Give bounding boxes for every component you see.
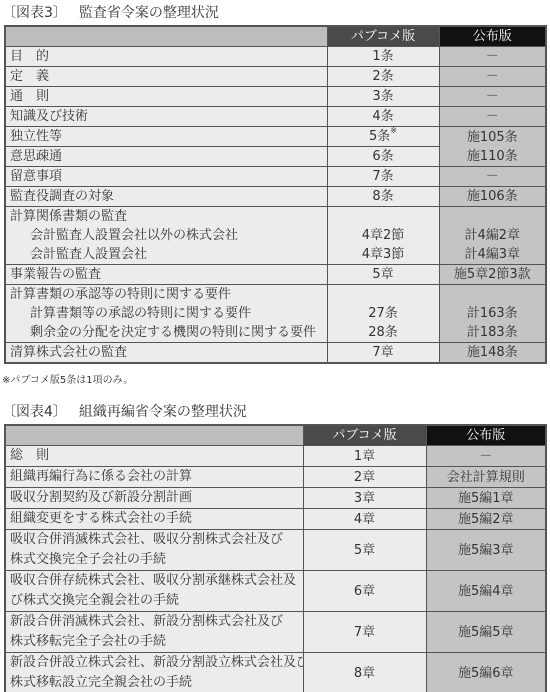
figure4-table: パブコメ版 公布版 総 則 1章 － 組織再編行為に係る会社の計算 2章 会社計… [4,424,547,692]
table-row: 新設合併消滅株式会社、新設分割株式会社及び 株式移転完全子会社の手続 7章 施5… [5,612,546,653]
table-row: 目 的 1条 － [5,47,546,67]
row-public-comment: 6条 [327,147,439,167]
row-final: 施5編6章 [426,653,546,692]
row-public-comment: 4条 [327,107,439,127]
row-public-comment: 5条※ [327,127,439,147]
final-value: 施110条 [444,147,542,166]
row-public-comment: 7章 [303,612,426,653]
row-public-comment: 1章 [303,446,426,467]
row-label: 目 的 [5,47,327,67]
row-final: 施5編4章 [426,571,546,612]
label-line: 株式移転完全子会社の手続 [10,632,299,652]
header-public-comment: パブコメ版 [303,425,426,446]
row-final: 施5章2節3款 [439,265,546,285]
row-label: 組織変更をする株式会社の手続 [5,509,303,530]
sub-label: 剰余金の分配を決定する機関の特則に関する要件 [10,323,323,342]
table-row: 吸収合併存続株式会社、吸収分割承継株式会社及 び株式交換完全親会社の手続 6章 … [5,571,546,612]
table-row: 監査役調査の対象 8条 施106条 [5,187,546,207]
table-row: 総 則 1章 － [5,446,546,467]
table-row: 事業報告の監査 5章 施5章2節3款 [5,265,546,285]
final-value: 施105条 [444,128,542,147]
row-final: 施5編5章 [426,612,546,653]
figure3-number: 〔図表3〕 [2,5,67,21]
sub-final: 計4編2章 [444,226,542,245]
row-final: － [439,87,546,107]
row-public-comment: 3章 [303,488,426,509]
label-line: 新設合併設立株式会社、新設分割設立株式会社及び [10,653,299,673]
row-final: － [439,107,546,127]
public-comment-value: 5条 [369,129,390,144]
row-final: 施5編3章 [426,530,546,571]
row-label: 清算株式会社の監査 [5,343,327,364]
figure4-title: 〔図表4〕組織再編省令案の整理状況 [2,403,247,421]
header-final: 公布版 [426,425,546,446]
table-row-group: 計算書類の承認等の特則に関する要件 計算書類等の承認の特則に関する要件 剰余金の… [5,285,546,343]
label-line: 株式交換完全子会社の手続 [10,550,299,570]
row-public-comment: 4章2節 4章3節 [327,207,439,265]
group-label: 計算関係書類の監査 [10,207,323,226]
row-label: 吸収分割契約及び新設分割計画 [5,488,303,509]
row-label: 知識及び技術 [5,107,327,127]
row-public-comment: 27条 28条 [327,285,439,343]
group-label: 計算書類の承認等の特則に関する要件 [10,285,323,304]
row-label: 通 則 [5,87,327,107]
row-label-group: 計算関係書類の監査 会計監査人設置会社以外の株式会社 会計監査人設置会社 [5,207,327,265]
row-label: 組織再編行為に係る会社の計算 [5,467,303,488]
row-public-comment: 1条 [327,47,439,67]
table-row: 新設合併設立株式会社、新設分割設立株式会社及び 株式移転設立完全親会社の手続 8… [5,653,546,692]
row-public-comment: 6章 [303,571,426,612]
table-row: 独立性等 5条※ 施105条 施110条 [5,127,546,147]
label-line: 株式移転設立完全親会社の手続 [10,673,299,692]
row-label: 吸収合併消滅株式会社、吸収分割株式会社及び 株式交換完全子会社の手続 [5,530,303,571]
row-label: 意思疎通 [5,147,327,167]
sub-label: 計算書類等の承認の特則に関する要件 [10,304,323,323]
row-final: － [439,167,546,187]
row-label: 独立性等 [5,127,327,147]
row-public-comment: 2章 [303,467,426,488]
table-row: 知識及び技術 4条 － [5,107,546,127]
row-label: 事業報告の監査 [5,265,327,285]
header-final: 公布版 [439,26,546,47]
sub-public-comment: 27条 [332,304,435,323]
row-label: 吸収合併存続株式会社、吸収分割承継株式会社及 び株式交換完全親会社の手続 [5,571,303,612]
label-line: 新設合併消滅株式会社、新設分割株式会社及び [10,612,299,632]
row-final-merged: 施105条 施110条 [439,127,546,167]
table-row: 定 義 2条 － [5,67,546,87]
row-label: 新設合併消滅株式会社、新設分割株式会社及び 株式移転完全子会社の手続 [5,612,303,653]
row-public-comment: 7条 [327,167,439,187]
row-label: 留意事項 [5,167,327,187]
label-line: 吸収合併存続株式会社、吸収分割承継株式会社及 [10,571,299,591]
figure3-table: パブコメ版 公布版 目 的 1条 － 定 義 2条 － 通 則 3条 － 知識及… [4,25,547,364]
row-public-comment: 5章 [327,265,439,285]
sub-public-comment: 4章3節 [332,245,435,264]
table-row: 組織再編行為に係る会社の計算 2章 会社計算規則 [5,467,546,488]
sub-label: 会計監査人設置会社以外の株式会社 [10,226,323,245]
note-mark: ※ [390,127,397,136]
row-final: － [439,67,546,87]
row-final: － [439,47,546,67]
sub-final: 計163条 [444,304,542,323]
row-public-comment: 3条 [327,87,439,107]
table-header-row: パブコメ版 公布版 [5,425,546,446]
row-final: 施148条 [439,343,546,364]
figure3-footnote: ※パブコメ版5条は1項のみ。 [2,371,133,386]
row-label: 総 則 [5,446,303,467]
header-label [5,26,327,47]
figure3-title-text: 監査省令案の整理状況 [79,5,219,21]
row-final: 計4編2章 計4編3章 [439,207,546,265]
table-row: 吸収分割契約及び新設分割計画 3章 施5編1章 [5,488,546,509]
row-label: 定 義 [5,67,327,87]
row-final: － [426,446,546,467]
sub-public-comment: 4章2節 [332,226,435,245]
sub-final: 計4編3章 [444,245,542,264]
row-label: 監査役調査の対象 [5,187,327,207]
row-public-comment: 5章 [303,530,426,571]
figure4-number: 〔図表4〕 [2,404,67,420]
row-final: 会社計算規則 [426,467,546,488]
label-line: び株式交換完全親会社の手続 [10,591,299,611]
row-label: 新設合併設立株式会社、新設分割設立株式会社及び 株式移転設立完全親会社の手続 [5,653,303,692]
table-row: 吸収合併消滅株式会社、吸収分割株式会社及び 株式交換完全子会社の手続 5章 施5… [5,530,546,571]
row-public-comment: 8条 [327,187,439,207]
sub-label: 会計監査人設置会社 [10,245,323,264]
table-row-group: 計算関係書類の監査 会計監査人設置会社以外の株式会社 会計監査人設置会社 4章2… [5,207,546,265]
row-public-comment: 7章 [327,343,439,364]
sub-final: 計183条 [444,323,542,342]
row-final: 施5編2章 [426,509,546,530]
header-label [5,425,303,446]
table-row: 通 則 3条 － [5,87,546,107]
header-public-comment: パブコメ版 [327,26,439,47]
sub-public-comment: 28条 [332,323,435,342]
figure3-title: 〔図表3〕監査省令案の整理状況 [2,4,219,22]
table-row: 組織変更をする株式会社の手続 4章 施5編2章 [5,509,546,530]
table-header-row: パブコメ版 公布版 [5,26,546,47]
row-label-group: 計算書類の承認等の特則に関する要件 計算書類等の承認の特則に関する要件 剰余金の… [5,285,327,343]
table-row: 留意事項 7条 － [5,167,546,187]
label-line: 吸収合併消滅株式会社、吸収分割株式会社及び [10,530,299,550]
row-public-comment: 2条 [327,67,439,87]
row-public-comment: 4章 [303,509,426,530]
row-final: 施106条 [439,187,546,207]
row-public-comment: 8章 [303,653,426,692]
table-row: 清算株式会社の監査 7章 施148条 [5,343,546,364]
row-final: 計163条 計183条 [439,285,546,343]
figure4-title-text: 組織再編省令案の整理状況 [79,404,247,420]
row-final: 施5編1章 [426,488,546,509]
